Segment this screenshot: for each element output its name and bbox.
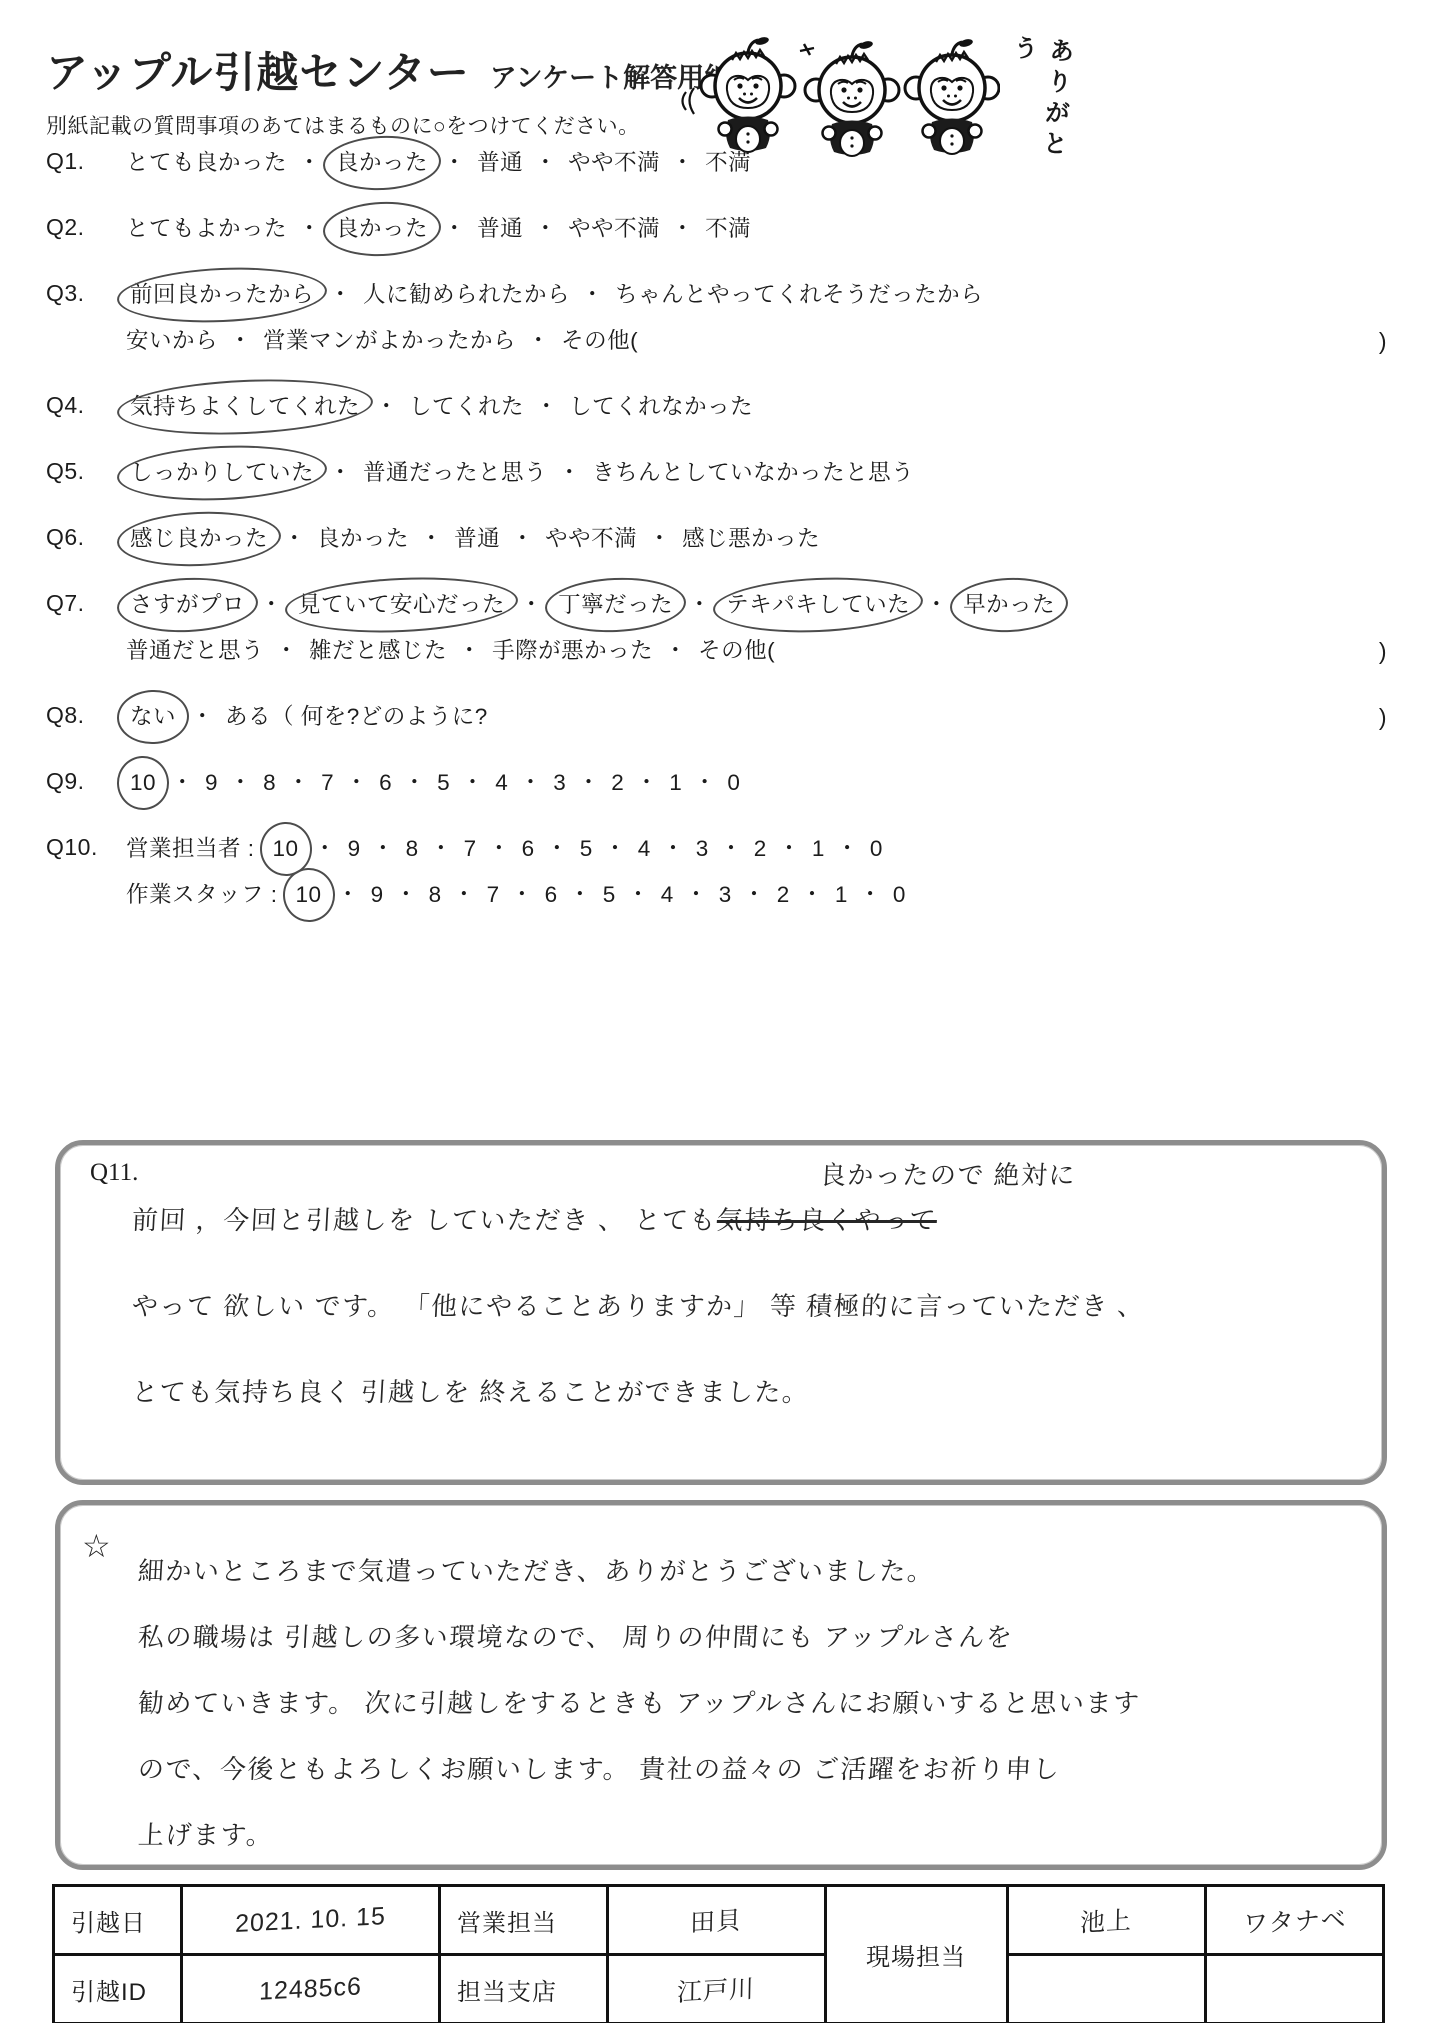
option: 8: [263, 768, 276, 798]
free-comment-handwritten-text: 細かいところまで気遣っていただき、ありがとうございました。私の職場は 引越しの多…: [138, 1555, 1352, 1885]
question-lines: 気持ちよくしてくれた・してくれた・してくれなかった: [126, 392, 1433, 422]
option: 人に勧められたから: [363, 280, 570, 310]
dot-separator: ・: [648, 526, 671, 551]
question-label: Q2.: [46, 214, 126, 244]
option: その他(: [698, 636, 775, 666]
dot-separator: ・: [671, 150, 694, 175]
dot-separator: ・: [671, 216, 694, 241]
handwritten-line: 私の職場は 引越しの多い環境なので、 周りの仲間にも アップルさんを: [137, 1621, 1353, 1653]
option: 0: [870, 834, 883, 864]
dot-separator: ・: [685, 882, 708, 907]
option: 2: [754, 834, 767, 864]
site-staff-value-1: 池上: [1008, 1886, 1206, 1955]
dot-separator: ・: [546, 836, 569, 861]
table-row: 引越ID 12485c6 担当支店 江戸川: [54, 1955, 1384, 2023]
paren-close: ): [1379, 326, 1387, 356]
option: 7: [321, 768, 334, 798]
handwritten-line: とても気持ち良く 引越しを 終えることができました。: [131, 1375, 1353, 1409]
option: 9: [371, 880, 384, 910]
question-row: Q1.とても良かった・良かった・普通・やや不満・不満: [0, 148, 1433, 178]
dot-separator: ・: [534, 150, 557, 175]
move-date-label: 引越日: [54, 1886, 182, 1955]
dot-separator: ・: [329, 282, 352, 307]
dot-separator: ・: [859, 882, 882, 907]
dot-separator: ・: [836, 836, 859, 861]
option: 手際が悪かった: [492, 636, 653, 666]
dot-separator: ・: [527, 328, 550, 353]
option: 普通: [477, 148, 523, 178]
option: 2: [777, 880, 790, 910]
option: 0: [893, 880, 906, 910]
option: 良かった: [317, 524, 409, 554]
star-icon: ☆: [82, 1527, 111, 1565]
dot-separator: ・: [558, 460, 581, 485]
dot-separator: ・: [458, 638, 481, 663]
dot-separator: ・: [298, 150, 321, 175]
dot-separator: ・: [688, 592, 711, 617]
sales-rep-label: 営業担当: [440, 1886, 608, 1955]
option: 7: [464, 834, 477, 864]
option: 4: [495, 768, 508, 798]
option: きちんとしていなかったと思う: [592, 458, 914, 488]
handwritten-strikethrough: 気持ち良くやって: [716, 1205, 938, 1235]
handwritten-line: 勧めていきます。 次に引越しをするときも アップルさんにお願いすると思います: [137, 1687, 1353, 1719]
option: 普通: [454, 524, 500, 554]
questions-list: Q1.とても良かった・良かった・普通・やや不満・不満Q2.とてもよかった・良かっ…: [0, 148, 1433, 946]
option: とても良かった: [126, 148, 287, 178]
question-row: Q2.とてもよかった・良かった・普通・やや不満・不満: [0, 214, 1433, 244]
option: 7: [487, 880, 500, 910]
question-line: 営業担当者 :10・9・8・7・6・5・4・3・2・1・0: [126, 834, 1433, 864]
question-label: Q7.: [46, 590, 126, 666]
question-label: Q4.: [46, 392, 126, 422]
option-circled: しっかりしていた: [126, 458, 318, 488]
dot-separator: ・: [443, 150, 466, 175]
option: 雑だと感じた: [309, 636, 447, 666]
question-row: Q9.10・9・8・7・6・5・4・3・2・1・0: [0, 768, 1433, 798]
option: やや不満: [545, 524, 637, 554]
option-prefix: 営業担当者 :: [126, 836, 255, 861]
question-line: とてもよかった・良かった・普通・やや不満・不満: [126, 214, 1433, 244]
dot-separator: ・: [581, 282, 604, 307]
option-circled: 気持ちよくしてくれた: [126, 392, 364, 422]
dot-separator: ・: [314, 836, 337, 861]
dot-separator: ・: [171, 770, 194, 795]
question-lines: しっかりしていた・普通だったと思う・きちんとしていなかったと思う: [126, 458, 1433, 488]
option: 8: [429, 880, 442, 910]
dot-separator: ・: [260, 592, 283, 617]
option: やや不満: [568, 148, 660, 178]
branch-label: 担当支店: [440, 1955, 608, 2023]
dot-separator: ・: [229, 770, 252, 795]
option: 普通だったと思う: [363, 458, 547, 488]
question-line: 感じ良かった・良かった・普通・やや不満・感じ悪かった: [126, 524, 1433, 554]
handwritten-line: やって 欲しい です。 「他にやることありますか」 等 積極的に言っていただき …: [131, 1289, 1353, 1323]
dot-separator: ・: [662, 836, 685, 861]
option: 4: [661, 880, 674, 910]
dot-separator: ・: [403, 770, 426, 795]
table-row: 引越日 2021. 10. 15 営業担当 田貝 現場担当 池上 ワタナベ: [54, 1886, 1384, 1955]
option-circled: 良かった: [332, 148, 432, 178]
option-circled: 10: [269, 834, 303, 864]
question-lines: さすがプロ・見ていて安心だった・丁寧だった・テキパキしていた・早かった普通だと思…: [126, 590, 1433, 666]
question-lines: とても良かった・良かった・普通・やや不満・不満: [126, 148, 1433, 178]
company-title: アップル引越センター: [46, 40, 470, 100]
dot-separator: ・: [535, 394, 558, 419]
question-label: Q9.: [46, 768, 126, 798]
option: 1: [812, 834, 825, 864]
dot-separator: ・: [372, 836, 395, 861]
question-lines: 10・9・8・7・6・5・4・3・2・1・0: [126, 768, 1433, 798]
option: 5: [580, 834, 593, 864]
move-id-label: 引越ID: [54, 1955, 182, 2023]
option: 5: [603, 880, 616, 910]
option: 0: [727, 768, 740, 798]
question-label: Q1.: [46, 148, 126, 178]
option: してくれなかった: [569, 392, 753, 422]
question-line: 作業スタッフ :10・9・8・7・6・5・4・3・2・1・0: [126, 880, 1433, 910]
site-staff-empty-2: [1206, 1955, 1384, 2023]
dot-separator: ・: [925, 592, 948, 617]
sales-rep-value: 田貝: [608, 1886, 826, 1955]
question-label: Q6.: [46, 524, 126, 554]
question-lines: 営業担当者 :10・9・8・7・6・5・4・3・2・1・0作業スタッフ :10・…: [126, 834, 1433, 910]
dot-separator: ・: [627, 882, 650, 907]
handwritten-line: 前回 ，今回と引越しを していただき 、 とても気持ち良くやって: [131, 1203, 1353, 1237]
paren-close: ): [1379, 636, 1387, 666]
handwritten-annotation: 良かったので 絶対に: [819, 1155, 1077, 1192]
dot-separator: ・: [443, 216, 466, 241]
option: その他(: [561, 326, 638, 356]
option: 普通だと思う: [126, 636, 264, 666]
question-lines: 前回良かったから・人に勧められたから・ちゃんとやってくれそうだったから安いから・…: [126, 280, 1433, 356]
dot-separator: ・: [229, 328, 252, 353]
dot-separator: ・: [519, 770, 542, 795]
move-date-value: 2021. 10. 15: [182, 1886, 440, 1955]
dot-separator: ・: [461, 770, 484, 795]
handwritten-line: 上げます。: [137, 1819, 1353, 1851]
question-line: 気持ちよくしてくれた・してくれた・してくれなかった: [126, 392, 1433, 422]
dot-separator: ・: [287, 770, 310, 795]
branch-value: 江戸川: [608, 1955, 826, 2023]
question-line: とても良かった・良かった・普通・やや不満・不満: [126, 148, 1433, 178]
question-line: 前回良かったから・人に勧められたから・ちゃんとやってくれそうだったから: [126, 280, 1433, 310]
option-circled: 10: [292, 880, 326, 910]
option: 6: [545, 880, 558, 910]
option: やや不満: [568, 214, 660, 244]
question-line: 安いから・営業マンがよかったから・その他(): [126, 326, 1433, 356]
dot-separator: ・: [337, 882, 360, 907]
header: アップル引越センター アンケート解答用紙 別紙記載の質問事項のあてはまるものに○…: [46, 40, 731, 140]
option: 不満: [705, 214, 751, 244]
option-circled: 良かった: [332, 214, 432, 244]
question-row: Q3.前回良かったから・人に勧められたから・ちゃんとやってくれそうだったから安い…: [0, 280, 1433, 356]
question-line: しっかりしていた・普通だったと思う・きちんとしていなかったと思う: [126, 458, 1433, 488]
dot-separator: ・: [778, 836, 801, 861]
dot-separator: ・: [283, 526, 306, 551]
option: 5: [437, 768, 450, 798]
comment-box-q11: Q11. 良かったので 絶対に 前回 ，今回と引越しを していただき 、 とても…: [55, 1140, 1387, 1485]
handwritten-line: 細かいところまで気遣っていただき、ありがとうございました。: [137, 1555, 1353, 1587]
dot-separator: ・: [577, 770, 600, 795]
option: 1: [835, 880, 848, 910]
option-circled: 早かった: [959, 590, 1059, 620]
dot-separator: ・: [664, 638, 687, 663]
site-staff-empty-1: [1008, 1955, 1206, 2023]
question-lines: とてもよかった・良かった・普通・やや不満・不満: [126, 214, 1433, 244]
instruction-text: 別紙記載の質問事項のあてはまるものに○をつけてください。: [46, 110, 731, 140]
option-circled: 感じ良かった: [126, 524, 272, 554]
dot-separator: ・: [693, 770, 716, 795]
handwritten-text: やって 欲しい です。 「他にやることありますか」 等 積極的に言っていただき …: [131, 1291, 1145, 1321]
question-row: Q10.営業担当者 :10・9・8・7・6・5・4・3・2・1・0作業スタッフ …: [0, 834, 1433, 910]
footer-table: 引越日 2021. 10. 15 営業担当 田貝 現場担当 池上 ワタナベ 引越…: [52, 1884, 1385, 2023]
option-circled: テキパキしていた: [722, 590, 914, 620]
dot-separator: ・: [430, 836, 453, 861]
question-row: Q5.しっかりしていた・普通だったと思う・きちんとしていなかったと思う: [0, 458, 1433, 488]
option: してくれた: [409, 392, 524, 422]
handwritten-line: ので、今後ともよろしくお願いします。 貴社の益々の ご活躍をお祈り申し: [137, 1753, 1353, 1785]
option-circled: さすがプロ: [126, 590, 249, 620]
dot-separator: ・: [720, 836, 743, 861]
survey-page: アップル引越センター アンケート解答用紙 別紙記載の質問事項のあてはまるものに○…: [0, 0, 1433, 2023]
option: 1: [669, 768, 682, 798]
dot-separator: ・: [511, 526, 534, 551]
question-label: Q8.: [46, 702, 126, 732]
q11-handwritten-text: 前回 ，今回と引越しを していただき 、 とても気持ち良くやってやって 欲しい …: [132, 1203, 1352, 1461]
handwritten-text: とても気持ち良く 引越しを 終えることができました。: [131, 1377, 810, 1407]
option-circled: 見ていて安心だった: [294, 590, 509, 620]
question-line: 普通だと思う・雑だと感じた・手際が悪かった・その他(): [126, 636, 1433, 666]
dot-separator: ・: [569, 882, 592, 907]
question-label: Q3.: [46, 280, 126, 356]
option-circled: 前回良かったから: [126, 280, 318, 310]
handwritten-text: 前回 ，今回と引越しを していただき 、 とても: [131, 1205, 717, 1235]
question-row: Q7.さすがプロ・見ていて安心だった・丁寧だった・テキパキしていた・早かった普通…: [0, 590, 1433, 666]
comment-box-free: ☆ 細かいところまで気遣っていただき、ありがとうございました。私の職場は 引越し…: [55, 1500, 1387, 1870]
question-label: Q10.: [46, 834, 126, 910]
dot-separator: ・: [191, 704, 214, 729]
dot-separator: ・: [534, 216, 557, 241]
option-circled: ない: [126, 702, 180, 732]
dot-separator: ・: [604, 836, 627, 861]
dot-separator: ・: [743, 882, 766, 907]
option: 営業マンがよかったから: [263, 326, 516, 356]
option: 2: [611, 768, 624, 798]
option: 6: [522, 834, 535, 864]
option: 9: [348, 834, 361, 864]
dot-separator: ・: [275, 638, 298, 663]
option: 6: [379, 768, 392, 798]
q11-label: Q11.: [90, 1159, 138, 1187]
site-staff-value-2: ワタナベ: [1206, 1886, 1384, 1955]
question-line: 10・9・8・7・6・5・4・3・2・1・0: [126, 768, 1433, 798]
dot-separator: ・: [520, 592, 543, 617]
dot-separator: ・: [801, 882, 824, 907]
option: 安いから: [126, 326, 218, 356]
dot-separator: ・: [395, 882, 418, 907]
option-prefix: 作業スタッフ :: [126, 882, 278, 907]
dot-separator: ・: [511, 882, 534, 907]
option: 9: [205, 768, 218, 798]
option: 3: [553, 768, 566, 798]
option: 不満: [705, 148, 751, 178]
question-line: さすがプロ・見ていて安心だった・丁寧だった・テキパキしていた・早かった: [126, 590, 1433, 620]
option: 8: [406, 834, 419, 864]
dot-separator: ・: [329, 460, 352, 485]
option: 普通: [477, 214, 523, 244]
question-line: ない・ある（ 何を?どのように?): [126, 702, 1433, 732]
dot-separator: ・: [488, 836, 511, 861]
dot-separator: ・: [298, 216, 321, 241]
question-lines: ない・ある（ 何を?どのように?): [126, 702, 1433, 732]
option-circled: 丁寧だった: [554, 590, 677, 620]
dot-separator: ・: [345, 770, 368, 795]
question-row: Q4.気持ちよくしてくれた・してくれた・してくれなかった: [0, 392, 1433, 422]
dot-separator: ・: [375, 394, 398, 419]
option: 3: [696, 834, 709, 864]
question-row: Q8.ない・ある（ 何を?どのように?): [0, 702, 1433, 732]
option: 感じ悪かった: [682, 524, 820, 554]
option: とてもよかった: [126, 214, 287, 244]
option: ちゃんとやってくれそうだったから: [615, 280, 983, 310]
question-label: Q5.: [46, 458, 126, 488]
dot-separator: ・: [453, 882, 476, 907]
site-staff-label: 現場担当: [826, 1886, 1008, 2023]
option: ある（ 何を?どのように?: [225, 702, 488, 732]
question-row: Q6.感じ良かった・良かった・普通・やや不満・感じ悪かった: [0, 524, 1433, 554]
dot-separator: ・: [420, 526, 443, 551]
paren-close: ): [1379, 702, 1387, 732]
move-id-value: 12485c6: [182, 1955, 440, 2023]
option: 4: [638, 834, 651, 864]
option: 3: [719, 880, 732, 910]
option-circled: 10: [126, 768, 160, 798]
dot-separator: ・: [635, 770, 658, 795]
question-lines: 感じ良かった・良かった・普通・やや不満・感じ悪かった: [126, 524, 1433, 554]
